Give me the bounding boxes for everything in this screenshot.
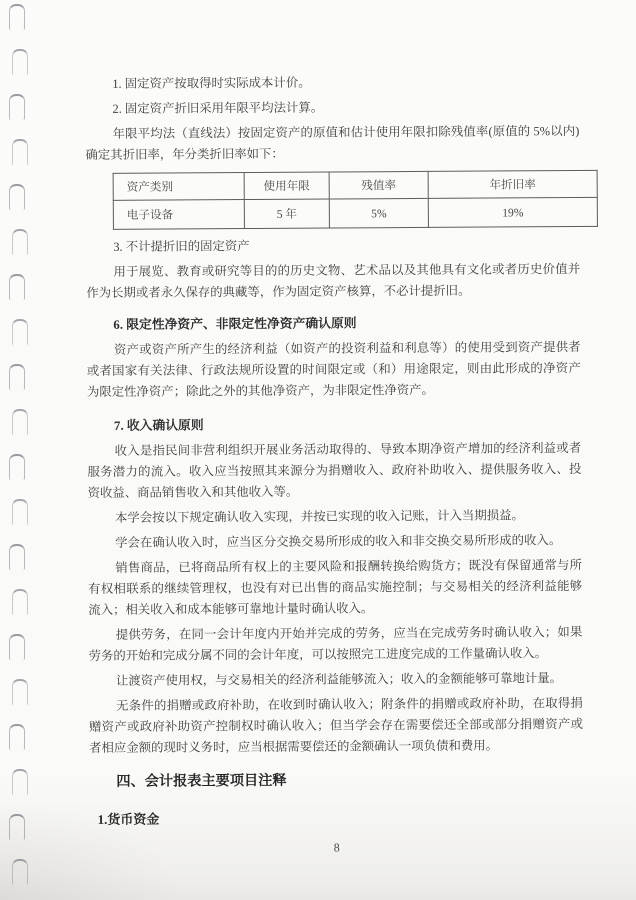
binding-ring-mark [12,679,28,705]
binding-ring-mark [9,544,25,570]
scanned-document-page: { "content": { "fixed_assets": { "item1"… [0,0,636,900]
cell-useful-life: 5 年 [244,199,329,229]
binding-ring-mark [9,454,25,480]
binding-ring-mark [12,229,28,255]
binding-ring-mark [12,409,28,435]
cell-annual-depreciation-rate: 19% [428,197,597,227]
list-item-depreciation-method: 2. 固定资产折旧采用年限平均法计算。 [85,96,579,120]
header-asset-category: 资产类别 [113,173,244,201]
binding-ring-mark [9,364,25,390]
table-row-electronic-equipment: 电子设备 5 年 5% 19% [113,197,597,229]
binding-ring-mark [9,814,25,840]
service-revenue-paragraph: 提供劳务，在同一会计年度内开始并完成的劳务，应当在完成劳务时确认收入；如果劳务的… [88,622,582,667]
binding-ring-mark [12,319,28,345]
binding-ring-mark [12,859,28,885]
depreciation-rate-table: 资产类别 使用年限 残值率 年折旧率 电子设备 5 年 5% 19% [113,170,598,230]
document-page: 1. 固定资产按取得时实际成本计价。 2. 固定资产折旧采用年限平均法计算。 年… [0,0,636,900]
page-number: 8 [90,836,584,860]
header-useful-life: 使用年限 [244,172,329,200]
monetary-funds-heading: 1.货币资金 [97,806,583,830]
no-depreciation-paragraph: 用于展览、教育或研究等目的的历史文物、艺术品以及其他具有文化或者历史价值并作为长… [86,259,580,304]
list-item-no-depreciation: 3. 不计提折旧的固定资产 [86,234,580,258]
binding-ring-mark [9,94,25,120]
asset-use-rights-paragraph: 让渡资产使用权，与交易相关的经济利益能够流入；收入的金额能够可靠地计量。 [89,668,583,692]
page-content: 1. 固定资产按取得时实际成本计价。 2. 固定资产折旧采用年限平均法计算。 年… [85,71,584,860]
binding-ring-mark [9,724,25,750]
section7-heading: 7. 收入确认原则 [87,413,581,437]
table-header-row: 资产类别 使用年限 残值率 年折旧率 [113,170,597,200]
binding-ring-mark [9,184,25,210]
donation-subsidy-paragraph: 无条件的捐赠或政府补助，在收到时确认收入；附条件的捐赠或政府补助，在取得捐赠资产… [89,693,583,759]
binding-ring-mark [12,139,28,165]
cell-residual-rate: 5% [329,198,428,228]
restricted-net-assets-paragraph: 资产或资产所产生的经济利益（如资产的投资利益和利息等）的使用受到资产提供者或者国… [87,337,581,403]
binding-ring-mark [12,769,28,795]
header-residual-rate: 残值率 [329,171,428,199]
list-item-fixed-asset-cost: 1. 固定资产按取得时实际成本计价。 [85,71,579,95]
binding-ring-mark [9,4,25,30]
depreciation-method-paragraph: 年限平均法（直线法）按固定资产的原值和估计使用年限扣除残值率(原值的 5%以内)… [85,121,579,166]
revenue-definition-paragraph: 收入是指民间非营利组织开展业务活动取得的、导致本期净资产增加的经济利益或者服务潜… [87,438,581,504]
cell-asset-category: 电子设备 [113,200,244,230]
exchange-transaction-paragraph: 学会在确认收入时，应当区分交换交易所形成的收入和非交换交易所形成的收入。 [88,530,582,554]
binding-rings [9,0,43,900]
chapter4-heading: 四、会计报表主要项目注释 [89,767,583,794]
binding-ring-mark [9,634,25,660]
binding-ring-mark [12,499,28,525]
binding-ring-mark [9,274,25,300]
binding-ring-mark [12,589,28,615]
goods-sales-paragraph: 销售商品，已将商品所有权上的主要风险和报酬转换给购货方；既没有保留通常与所有权相… [88,555,582,621]
revenue-recognition-paragraph: 本学会按以下规定确认收入实现，并按已实现的收入记账，计入当期损益。 [88,505,582,529]
binding-ring-mark [12,49,28,75]
section6-heading: 6. 限定性净资产、非限定性净资产确认原则 [86,312,580,336]
header-annual-depreciation-rate: 年折旧率 [428,170,597,198]
